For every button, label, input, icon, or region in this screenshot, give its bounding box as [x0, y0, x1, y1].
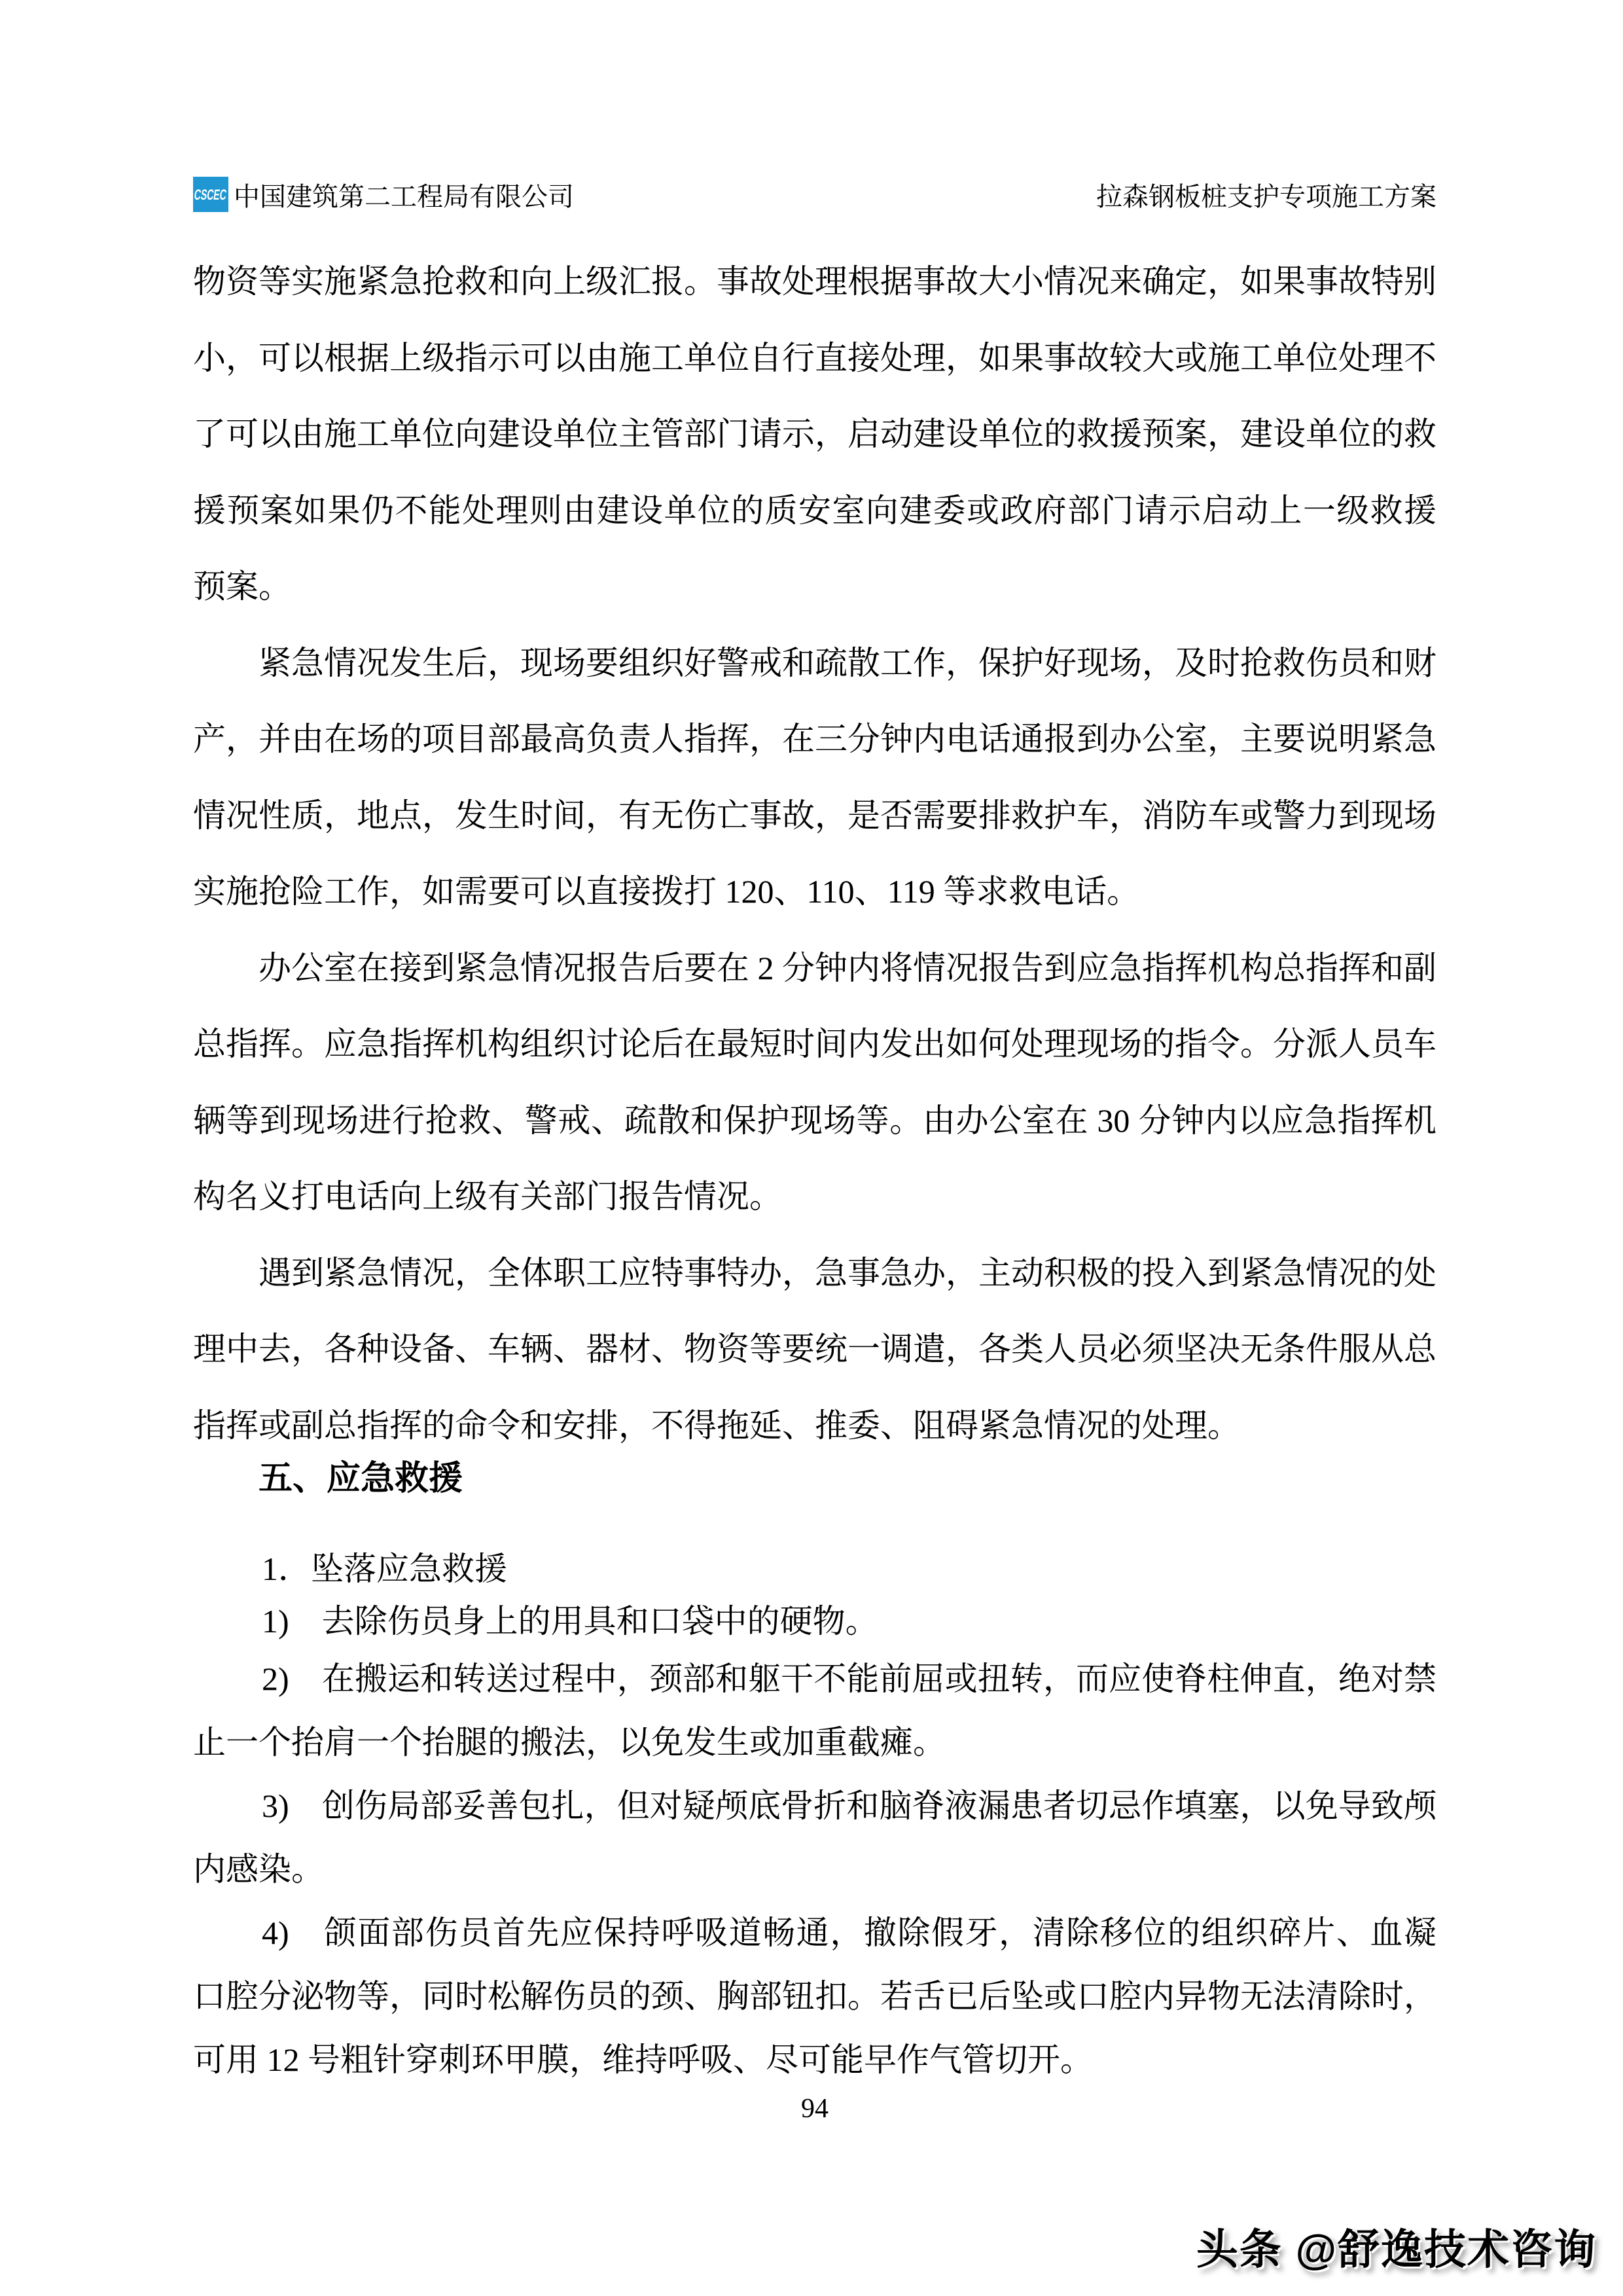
- text-line: 办公室在接到紧急情况报告后要在 2 分钟内将情况报告到应急指挥机构总指挥和副: [193, 930, 1436, 1007]
- text-line: 辆等到现场进行抢救、警戒、疏散和保护现场等。由办公室在 30 分钟内以应急指挥机: [193, 1083, 1436, 1159]
- text-line: 1) 去除伤员身上的用具和口袋中的硬物。: [193, 1595, 1436, 1647]
- text-line: 了可以由施工单位向建设单位主管部门请示，启动建设单位的救援预案，建设单位的救: [193, 396, 1436, 473]
- cscec-logo-icon: CSCEC: [193, 177, 228, 212]
- text-line: 构名义打电话向上级有关部门报告情况。: [193, 1158, 1436, 1235]
- text-line: 实施抢险工作，如需要可以直接拨打 120、110、119 等求救电话。: [193, 853, 1436, 930]
- page-number: 94: [193, 2092, 1436, 2126]
- cscec-logo-text: CSCEC: [194, 186, 228, 203]
- text-line: 遇到紧急情况，全体职工应特事特办，急事急办，主动积极的投入到紧急情况的处: [193, 1235, 1436, 1312]
- text-line: 理中去，各种设备、车辆、器材、物资等要统一调遣，各类人员必须坚决无条件服从总: [193, 1311, 1436, 1388]
- text-line: 援预案如果仍不能处理则由建设单位的质安室向建委或政府部门请示启动上一级救援: [193, 473, 1436, 549]
- body-text: 物资等实施紧急抢救和向上级汇报。事故处理根据事故大小情况来确定，如果事故特别小，…: [193, 243, 1436, 2126]
- text-lines: 物资等实施紧急抢救和向上级汇报。事故处理根据事故大小情况来确定，如果事故特别小，…: [193, 243, 1436, 2092]
- text-line: 口腔分泌物等，同时松解伤员的颈、胸部钮扣。若舌已后坠或口腔内异物无法清除时，: [193, 1965, 1436, 2028]
- company-name: 中国建筑第二工程局有限公司: [234, 176, 574, 213]
- page-header: CSCEC 中国建筑第二工程局有限公司 拉森钢板桩支护专项施工方案: [193, 167, 1436, 222]
- text-line: 止一个抬肩一个抬腿的搬法，以免发生或加重截瘫。: [193, 1711, 1436, 1774]
- text-line: 2) 在搬运和转送过程中，颈部和躯干不能前屈或扭转，而应使脊柱伸直，绝对禁: [193, 1647, 1436, 1711]
- text-line: 总指挥。应急指挥机构组织讨论后在最短时间内发出如何处理现场的指令。分派人员车: [193, 1006, 1436, 1083]
- text-line: 紧急情况发生后，现场要组织好警戒和疏散工作，保护好现场，及时抢救伤员和财: [193, 625, 1436, 702]
- text-line: 1．坠落应急救援: [193, 1543, 1436, 1595]
- document-page: CSCEC 中国建筑第二工程局有限公司 拉森钢板桩支护专项施工方案 物资等实施紧…: [0, 0, 1623, 2296]
- text-line: 3) 创伤局部妥善包扎，但对疑颅底骨折和脑脊液漏患者切忌作填塞，以免导致颅: [193, 1774, 1436, 1838]
- text-line: 小，可以根据上级指示可以由施工单位自行直接处理，如果事故较大或施工单位处理不: [193, 320, 1436, 397]
- document-title: 拉森钢板桩支护专项施工方案: [1096, 176, 1436, 213]
- text-line: 4) 颌面部伤员首先应保持呼吸道畅通，撤除假牙，清除移位的组织碎片、血凝块、: [193, 1901, 1436, 1965]
- text-line: 情况性质，地点，发生时间，有无伤亡事故，是否需要排救护车，消防车或警力到现场: [193, 778, 1436, 854]
- text-line: 产，并由在场的项目部最高负责人指挥，在三分钟内电话通报到办公室，主要说明紧急: [193, 701, 1436, 778]
- text-line: 物资等实施紧急抢救和向上级汇报。事故处理根据事故大小情况来确定，如果事故特别: [193, 243, 1436, 320]
- text-line: 预案。: [193, 548, 1436, 625]
- text-line: 内感染。: [193, 1838, 1436, 1901]
- watermark: 头条 @舒逸技术咨询: [1196, 2216, 1597, 2276]
- text-line: 可用 12 号粗针穿刺环甲膜，维持呼吸、尽可能早作气管切开。: [193, 2028, 1436, 2092]
